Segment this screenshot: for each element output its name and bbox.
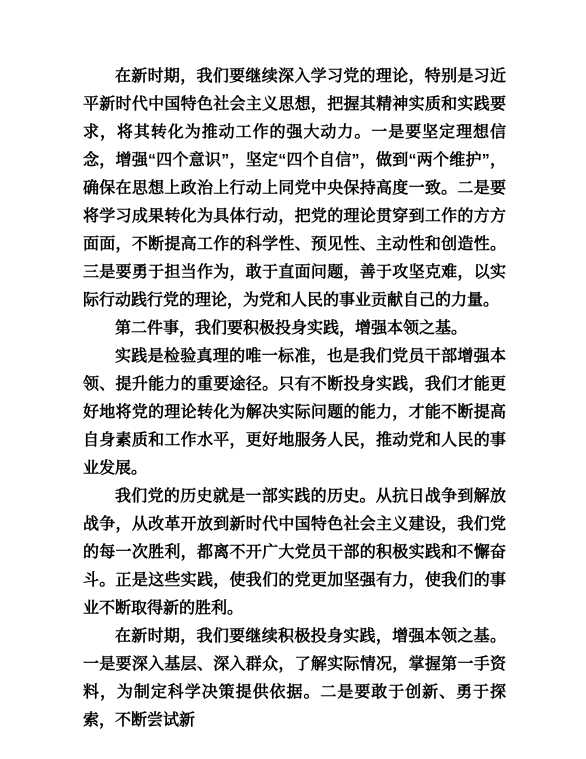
- body-paragraph-2: 实践是检验真理的唯一标准，也是我们党员干部增强本领、提升能力的重要途径。只有不断…: [83, 343, 506, 483]
- document-text-block: 在新时期，我们要继续深入学习党的理论，特别是习近平新时代中国特色社会主义思想，把…: [83, 63, 506, 735]
- body-paragraph-3: 我们党的历史就是一部实践的历史。从抗日战争到解放战争，从改革开放到新时代中国特色…: [83, 483, 506, 623]
- document-page: 在新时期，我们要继续深入学习党的理论，特别是习近平新时代中国特色社会主义思想，把…: [0, 0, 586, 759]
- body-paragraph-4-truncated: 在新时期，我们要继续积极投身实践，增强本领之基。一是要深入基层、深入群众，了解实…: [83, 623, 506, 735]
- section-heading-paragraph: 第二件事，我们要积极投身实践，增强本领之基。: [83, 315, 506, 343]
- body-paragraph-1: 在新时期，我们要继续深入学习党的理论，特别是习近平新时代中国特色社会主义思想，把…: [83, 63, 506, 315]
